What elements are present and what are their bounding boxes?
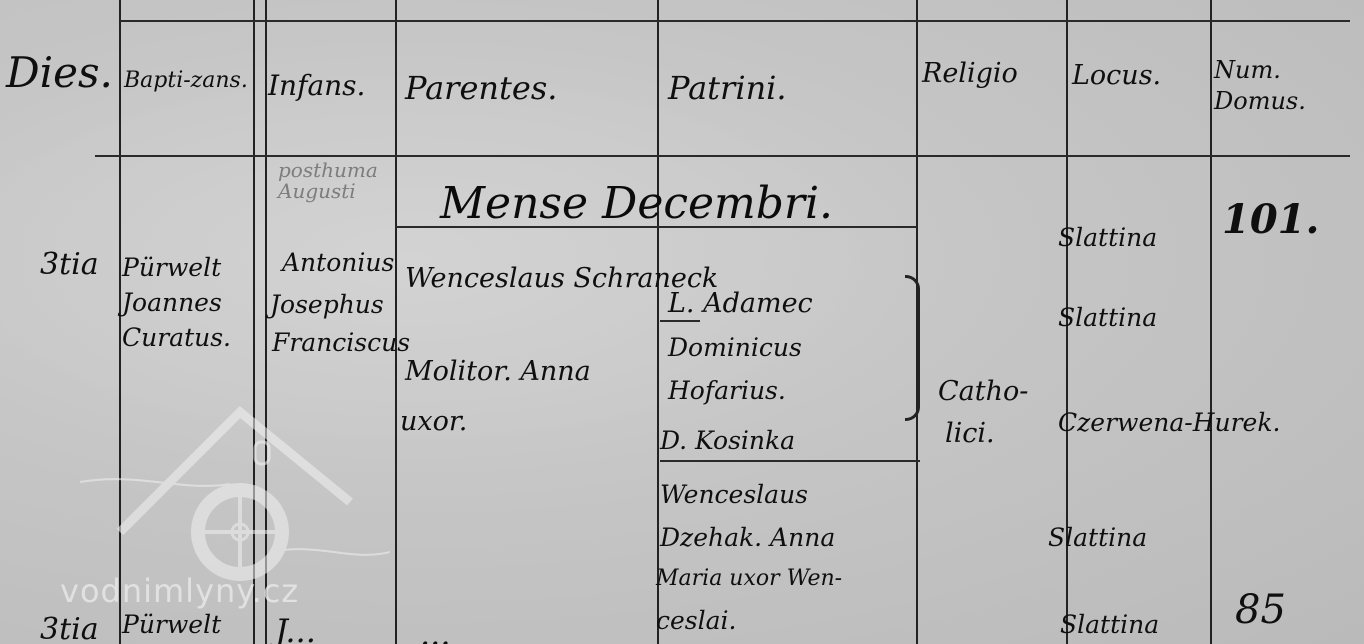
header-infans: Infans. (268, 72, 365, 100)
entry-1-baptizans-line3: Curatus. (122, 325, 231, 350)
header-dies: Dies. (6, 52, 113, 94)
entry-2-locus: Slattina (1060, 612, 1159, 637)
entry-2-dies: 3tia (40, 615, 99, 644)
column-rule (253, 0, 255, 644)
header-bottom-rule (95, 155, 1350, 157)
header-religio: Religio (922, 60, 1018, 87)
entry-1-patrini-line3: Hofarius. (668, 378, 786, 403)
entry-1-baptizans-line2: Joannes (122, 290, 222, 315)
patrini-brace (905, 275, 920, 421)
entry-2-infans: J... (275, 615, 316, 644)
column-rule (265, 0, 267, 644)
entry-1-baptizans-line1: Pürwelt (122, 255, 221, 280)
entry-1-infans-line1: Antonius (282, 250, 394, 275)
entry-1-parentes-line3: uxor. (400, 408, 467, 435)
entry-1-dies: 3tia (40, 250, 99, 280)
month-heading: Mense Decembri. (440, 178, 833, 229)
entry-2-domus: 85 (1235, 590, 1286, 630)
header-locus: Locus. (1072, 62, 1161, 89)
column-rule (1210, 0, 1212, 644)
header-domus: Num. Domus. (1214, 55, 1344, 117)
entry-1-infans-line3: Franciscus (272, 330, 410, 355)
entry-1-locus-line2: Slattina (1058, 305, 1157, 330)
entry-2-parentes: ... (420, 618, 451, 644)
patrini-divider (660, 320, 700, 322)
column-rule (657, 0, 659, 644)
header-parentes: Parentes. (405, 72, 557, 104)
column-rule (119, 0, 121, 644)
entry-1-infans-line2: Josephus (270, 292, 384, 317)
entry-1-patrini-line1: L. Adamec (668, 290, 813, 317)
column-rule (395, 0, 397, 644)
entry-1-locus-line1: Slattina (1058, 225, 1157, 250)
header-top-rule (120, 20, 1350, 22)
header-patrini: Patrini. (668, 72, 787, 104)
entry-1-patrini-line6: Dzehak. Anna (660, 525, 835, 550)
pencil-annotation: posthuma Augusti (278, 160, 388, 202)
entry-2-baptizans: Pürwelt (122, 612, 221, 637)
entry-1-patrini-line8: ceslai. (656, 608, 736, 633)
entry-1-locus-line4: Slattina (1048, 525, 1147, 550)
patrini-divider (660, 460, 920, 462)
header-baptizans: Bapti-zans. (124, 70, 249, 92)
entry-1-parentes-line2: Molitor. Anna (405, 358, 591, 385)
entry-1-patrini-line4: D. Kosinka (660, 428, 795, 453)
entry-1-patrini-line2: Dominicus (668, 335, 802, 360)
entry-1-patrini-line5: Wenceslaus (660, 482, 808, 507)
entry-1-religio-line2: lici. (945, 420, 995, 447)
watermark-text: vodnimlyny.cz (60, 572, 299, 610)
register-page: Dies. Bapti-zans. Infans. Parentes. Patr… (0, 0, 1364, 644)
entry-1-locus-line3: Czerwena-Hurek. (1058, 410, 1280, 435)
entry-1-religio-line1: Catho- (938, 378, 1028, 405)
entry-1-patrini-line7: Maria uxor Wen- (656, 568, 842, 590)
entry-1-domus: 101. (1222, 200, 1319, 240)
